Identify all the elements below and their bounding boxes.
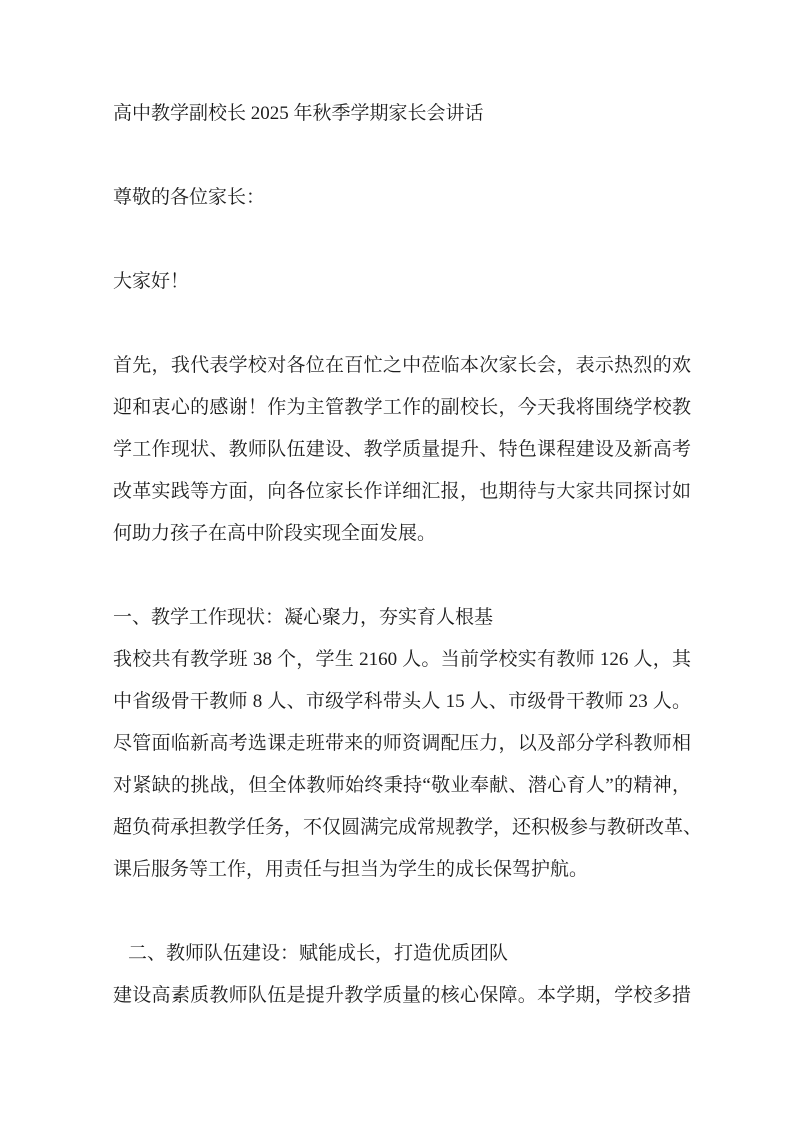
text-line: 对紧缺的挑战，但全体教师始终秉持“敬业奉献、潜心育人”的精神， bbox=[113, 765, 691, 807]
intro-paragraph: 首先，我代表学校对各位在百忙之中莅临本次家长会，表示热烈的欢 迎和衷心的感谢！作… bbox=[113, 345, 691, 555]
text-line: 尽管面临新高考选课走班带来的师资调配压力，以及部分学科教师相 bbox=[113, 723, 691, 765]
text-line: 课后服务等工作，用责任与担当为学生的成长保驾护航。 bbox=[113, 849, 691, 891]
salutation-line: 尊敬的各位家长： bbox=[113, 177, 691, 219]
section-1-heading: 一、教学工作现状：凝心聚力，夯实育人根基 bbox=[113, 597, 691, 639]
section-1-paragraph: 我校共有教学班 38 个，学生 2160 人。当前学校实有教师 126 人，其 … bbox=[113, 639, 691, 891]
document-page: 高中教学副校长 2025 年秋季学期家长会讲话 尊敬的各位家长： 大家好！ 首先… bbox=[0, 0, 793, 1122]
text-line: 超负荷承担教学任务，不仅圆满完成常规教学，还积极参与教研改革、 bbox=[113, 807, 691, 849]
text-line: 迎和衷心的感谢！作为主管教学工作的副校长，今天我将围绕学校教 bbox=[113, 387, 691, 429]
text-line: 我校共有教学班 38 个，学生 2160 人。当前学校实有教师 126 人，其 bbox=[113, 639, 691, 681]
greeting-line: 大家好！ bbox=[113, 261, 691, 303]
text-line: 中省级骨干教师 8 人、市级学科带头人 15 人、市级骨干教师 23 人。 bbox=[113, 681, 691, 723]
section-2-heading: 二、教师队伍建设：赋能成长，打造优质团队 bbox=[113, 933, 691, 975]
text-line: 何助力孩子在高中阶段实现全面发展。 bbox=[113, 513, 691, 555]
text-line: 首先，我代表学校对各位在百忙之中莅临本次家长会，表示热烈的欢 bbox=[113, 345, 691, 387]
document-title: 高中教学副校长 2025 年秋季学期家长会讲话 bbox=[113, 93, 691, 135]
text-line: 建设高素质教师队伍是提升教学质量的核心保障。本学期，学校多措 bbox=[113, 975, 691, 1017]
text-line: 学工作现状、教师队伍建设、教学质量提升、特色课程建设及新高考 bbox=[113, 429, 691, 471]
section-2-paragraph: 建设高素质教师队伍是提升教学质量的核心保障。本学期，学校多措 bbox=[113, 975, 691, 1017]
text-line: 改革实践等方面，向各位家长作详细汇报，也期待与大家共同探讨如 bbox=[113, 471, 691, 513]
